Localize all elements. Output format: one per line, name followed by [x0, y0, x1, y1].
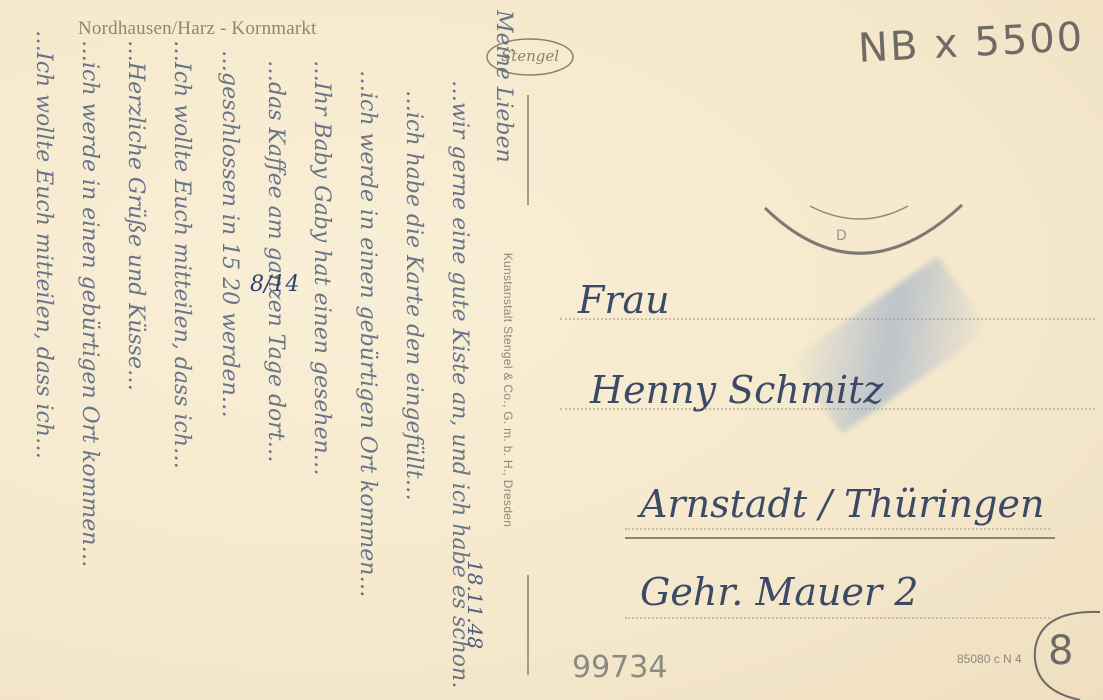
message-column: …ich werde in einen gebürtigen Ort komme…	[68, 40, 102, 690]
address-underline	[625, 537, 1055, 539]
message-column: …das Kaffee am ganzen Tage dort…	[254, 60, 288, 690]
postcard-back: Nordhausen/Harz - Kornmarkt Stengel NB x…	[0, 0, 1103, 700]
divider-line-top	[527, 95, 529, 205]
address-name: Henny Schmitz	[590, 368, 883, 412]
circled-pencil-mark: 8	[1048, 628, 1073, 674]
address-street: Gehr. Mauer 2	[640, 570, 918, 614]
address-line-4	[625, 617, 1050, 619]
message-column: …geschlossen in 15 20 werden…	[208, 50, 242, 690]
handwritten-fraction: 8/14	[250, 272, 299, 297]
message-column: …Ihr Baby Gaby hat einen gesehen…	[300, 60, 334, 690]
print-code: 85080 c N 4	[957, 652, 1022, 666]
message-column: …Ich wollte Euch mitteilen, dass ich…	[22, 30, 56, 690]
message-column: …wir gerne eine gute Kiste an, und ich h…	[438, 80, 472, 690]
pencil-inventory-number: 99734	[572, 650, 667, 685]
address-title: Frau	[578, 278, 670, 322]
message-column: …Ich wollte Euch mitteilen, dass ich…	[160, 40, 194, 690]
message-column: …ich habe die Karte den eingefüllt…	[392, 90, 426, 690]
message-column: …Herzliche Grüße und Küsse…	[114, 40, 148, 690]
divider-line-bottom	[527, 575, 529, 675]
message-salutation: Meine Lieben	[482, 10, 516, 690]
address-line-3	[625, 528, 1050, 530]
postmark-letter: D	[836, 228, 847, 244]
message-column: …ich werde in einen gebürtigen Ort komme…	[346, 70, 380, 690]
address-city: Arnstadt / Thüringen	[640, 482, 1044, 526]
